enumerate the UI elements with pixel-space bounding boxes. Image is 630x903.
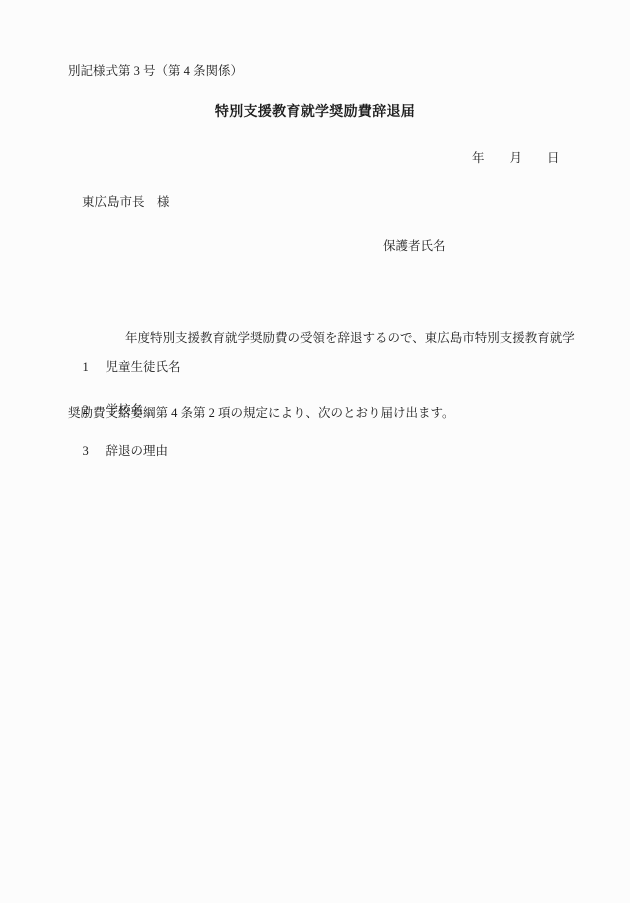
form-number: 別記様式第 3 号（第 4 条関係） (68, 65, 243, 78)
item-label: 辞退の理由 (106, 444, 169, 458)
guardian-name-label: 保護者氏名 (383, 240, 446, 253)
date-month-label: 月 (510, 152, 523, 165)
item-label: 児童生徒氏名 (106, 360, 181, 374)
date-day-label: 日 (547, 152, 560, 165)
item-number: 2 (83, 404, 106, 417)
document-page: 別記様式第 3 号（第 4 条関係） 特別支援教育就学奨励費辞退届 年 月 日 … (0, 0, 630, 903)
date-line: 年 月 日 (472, 152, 560, 165)
list-item-child-name: 1児童生徒氏名 (70, 348, 181, 386)
item-number: 3 (83, 445, 106, 458)
list-item-school-name: 2学校名 (70, 391, 143, 429)
page-title: 特別支援教育就学奨励費辞退届 (0, 106, 630, 120)
list-item-withdrawal-reason: 3辞退の理由 (70, 432, 168, 470)
item-label: 学校名 (106, 403, 144, 417)
date-year-label: 年 (472, 152, 485, 165)
item-number: 1 (83, 361, 106, 374)
recipient-line: 東広島市長 様 (82, 196, 170, 209)
